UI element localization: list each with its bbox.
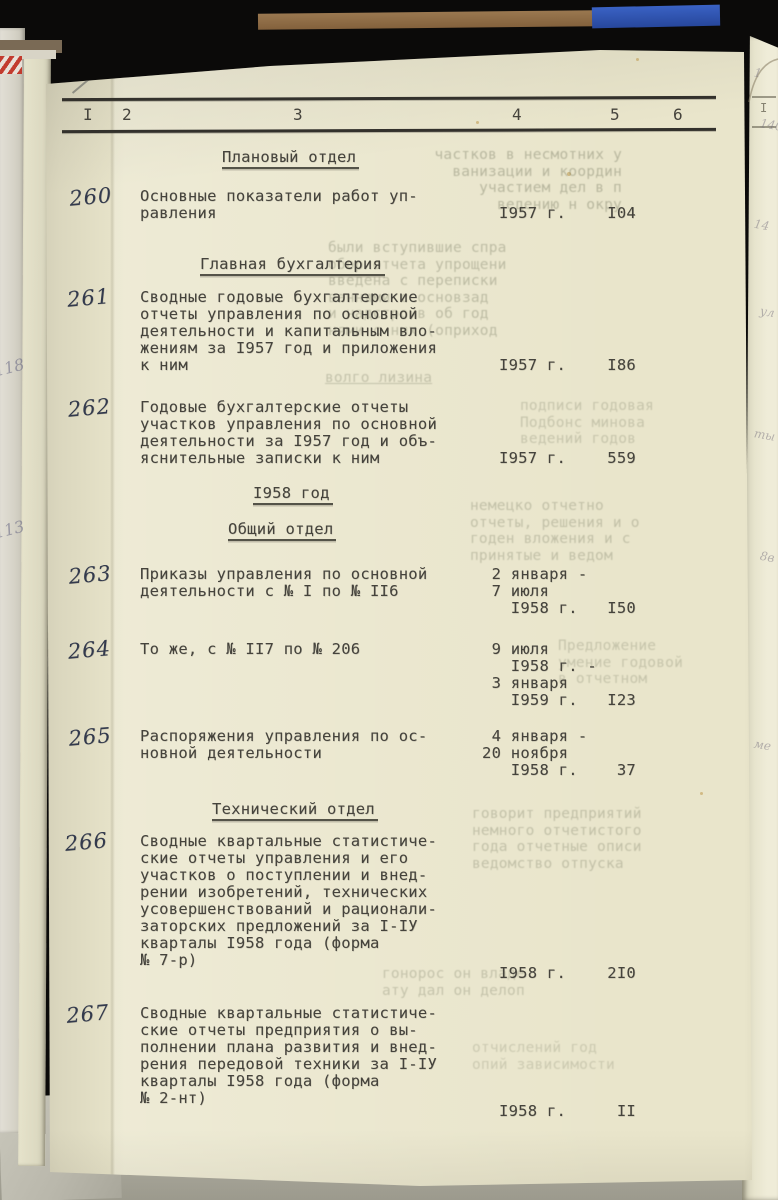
entry-title-line: Приказы управления по основной <box>140 566 482 583</box>
pencil-mark: 14 <box>753 217 770 233</box>
entry-title-line: кварталы I958 года (форма <box>140 935 482 952</box>
entry-title-line: рения передовой техники за I-IУ <box>140 1056 482 1073</box>
register-entry: 267Сводные квартальные статистиче-ские о… <box>62 1005 652 1107</box>
pencil-mark: 8в <box>759 549 776 565</box>
entry-date-line: 3 января <box>482 675 600 692</box>
entry-dates: 2 января - 7 июля I958 г. <box>482 566 600 617</box>
entry-title-line: к ним <box>140 357 482 374</box>
entry-page-count: II <box>600 1103 640 1120</box>
entry-date-line: 4 января - <box>482 728 600 745</box>
entry-title-line: усовершенствований и рационали- <box>140 901 482 918</box>
entry-title-line: Годовые бухгалтерские отчеты <box>140 399 482 416</box>
entry-date-line: I958 г. - <box>482 658 600 675</box>
entry-dates: I957 г. <box>482 357 600 374</box>
section-heading: I958 год <box>253 485 333 505</box>
entry-title: Сводные квартальные статистиче-ские отче… <box>140 1005 482 1107</box>
entry-title-line: Сводные квартальные статистиче- <box>140 1005 482 1022</box>
page-corner-curl-line <box>746 56 778 104</box>
register-entry: 265Распоряжения управления по ос-новной … <box>62 728 652 779</box>
pencil-mark: ме <box>753 737 772 754</box>
inventory-sheet: I8 I23456 частков в несмотних у ванизаци… <box>0 0 778 1200</box>
entry-title-line: заторских предложений за I-IУ <box>140 918 482 935</box>
entry-page-count: 2I0 <box>600 965 640 982</box>
entry-page-count: I04 <box>600 205 640 222</box>
register-entry: 263Приказы управления по основнойдеятель… <box>62 566 652 617</box>
entry-page-count: 559 <box>600 450 640 467</box>
entry-dates: 4 января -20 ноября I958 г. <box>482 728 600 779</box>
register-entry: 264То же, с № II7 по № 206 9 июля I958 г… <box>62 641 652 709</box>
entry-title-line: ские отчеты предприятия о вы- <box>140 1022 482 1039</box>
register-entry: 262Годовые бухгалтерские отчетыучастков … <box>62 399 652 467</box>
column-number: 4 <box>512 105 522 124</box>
section-heading: Главная бухгалтерия <box>200 256 385 276</box>
entry-date-line: I958 г. <box>499 965 600 982</box>
entry-dates: I957 г. <box>482 205 600 222</box>
column-number: 5 <box>610 105 620 124</box>
entry-date-line: I958 г. <box>482 600 600 617</box>
entry-title-line: деятельности и капитальным вло- <box>140 323 482 340</box>
column-number: I <box>83 105 93 124</box>
pencil-mark: ул <box>759 304 776 320</box>
entry-title: Сводные годовые бухгалтерскиеотчеты упра… <box>140 289 482 374</box>
section-heading: Общий отдел <box>228 521 336 541</box>
entry-title-line: отчеты управления по основной <box>140 306 482 323</box>
entry-title-line: То же, с № II7 по № 206 <box>140 641 482 658</box>
entry-page-count: I86 <box>600 357 640 374</box>
entry-title: Приказы управления по основнойдеятельнос… <box>140 566 482 617</box>
entry-title: Сводные квартальные статистиче-ские отче… <box>140 833 482 969</box>
entry-dates: 9 июля I958 г. - 3 января I959 г. <box>482 641 600 709</box>
column-number: 2 <box>122 105 132 124</box>
binder-blue-tab <box>592 5 720 29</box>
entry-title-line: новной деятельности <box>140 745 482 762</box>
entry-title-line: Сводные квартальные статистиче- <box>140 833 482 850</box>
page-number-strike-mark <box>72 56 116 94</box>
entry-title-line: деятельности с № I по № II6 <box>140 583 482 600</box>
section-heading: Плановый отдел <box>222 149 359 169</box>
entry-title-line: участков о поступлении и внед- <box>140 867 482 884</box>
entry-title-line: равления <box>140 205 482 222</box>
foxing-spot <box>476 121 479 124</box>
entry-title-line: участков управления по основной <box>140 416 482 433</box>
entry-title-line: № 7-р) <box>140 952 482 969</box>
entry-date-line: I957 г. <box>499 205 600 222</box>
entry-page-count: I50 <box>600 600 640 617</box>
section-heading: Технический отдел <box>212 801 378 821</box>
entry-dates: I957 г. <box>482 450 600 467</box>
entry-date-line: 9 июля <box>482 641 600 658</box>
entry-title-line: жениям за I957 год и приложения <box>140 340 482 357</box>
column-number: 6 <box>673 105 683 124</box>
entry-title-line: Распоряжения управления по ос- <box>140 728 482 745</box>
entry-title-line: Основные показатели работ уп- <box>140 188 482 205</box>
left-page-edge-2 <box>18 56 51 1166</box>
entry-date-line: I958 г. <box>499 1103 600 1120</box>
entry-title: Основные показатели работ уп-равления <box>140 188 482 222</box>
column-number: 3 <box>293 105 303 124</box>
entry-number: 265 <box>60 725 142 783</box>
archival-scan: I 114014улты8вме I8 I23456 частков в нес… <box>0 0 778 1200</box>
entry-number: 262 <box>59 396 143 471</box>
entry-date-line: I958 г. <box>482 762 600 779</box>
entry-number: 261 <box>58 286 143 377</box>
entry-number: 264 <box>59 638 143 713</box>
entry-title-line: № 2-нт) <box>140 1090 482 1107</box>
entry-title: То же, с № II7 по № 206 <box>140 641 482 709</box>
entry-number: 266 <box>56 830 146 972</box>
foxing-spot <box>700 792 703 795</box>
red-striped-tape <box>0 56 22 74</box>
table-bottom-rule <box>62 128 716 133</box>
entry-dates: I958 г. <box>482 1103 600 1120</box>
entry-date-line: 2 января - <box>482 566 600 583</box>
foxing-spot <box>636 58 639 61</box>
entry-title-line: деятельности за I957 год и объ- <box>140 433 482 450</box>
cardboard-edge <box>258 10 596 30</box>
entry-title-line: Сводные годовые бухгалтерские <box>140 289 482 306</box>
page-number: I8 <box>83 62 105 82</box>
entry-number: 263 <box>60 563 142 621</box>
entry-dates: I958 г. <box>482 965 600 982</box>
entry-title-line: рении изобретений, технических <box>140 884 482 901</box>
entry-title-line: кварталы I958 года (форма <box>140 1073 482 1090</box>
entry-date-line: 7 июля <box>482 583 600 600</box>
entry-date-line: 20 ноября <box>482 745 600 762</box>
register-entry: 261Сводные годовые бухгалтерскиеотчеты у… <box>62 289 652 374</box>
entry-title-line: ские отчеты управления и его <box>140 850 482 867</box>
entry-number: 260 <box>61 185 142 226</box>
entry-title-line: яснительные записки к ним <box>140 450 482 467</box>
entry-number: 267 <box>58 1002 145 1110</box>
register-entry: 266Сводные квартальные статистиче-ские о… <box>62 833 652 969</box>
entry-date-line: I957 г. <box>499 450 600 467</box>
entry-title: Годовые бухгалтерские отчетыучастков упр… <box>140 399 482 467</box>
entry-title: Распоряжения управления по ос-новной дея… <box>140 728 482 779</box>
table-top-rule <box>62 96 716 101</box>
entry-page-count: I23 <box>600 692 640 709</box>
register-entry: 260Основные показатели работ уп-равления… <box>62 188 652 222</box>
register-body: Плановый отдел260Основные показатели раб… <box>62 146 652 1107</box>
entry-page-count: 37 <box>600 762 640 779</box>
entry-date-line: I957 г. <box>499 357 600 374</box>
entry-date-line: I959 г. <box>482 692 600 709</box>
entry-title-line: полнении плана развития и внед- <box>140 1039 482 1056</box>
